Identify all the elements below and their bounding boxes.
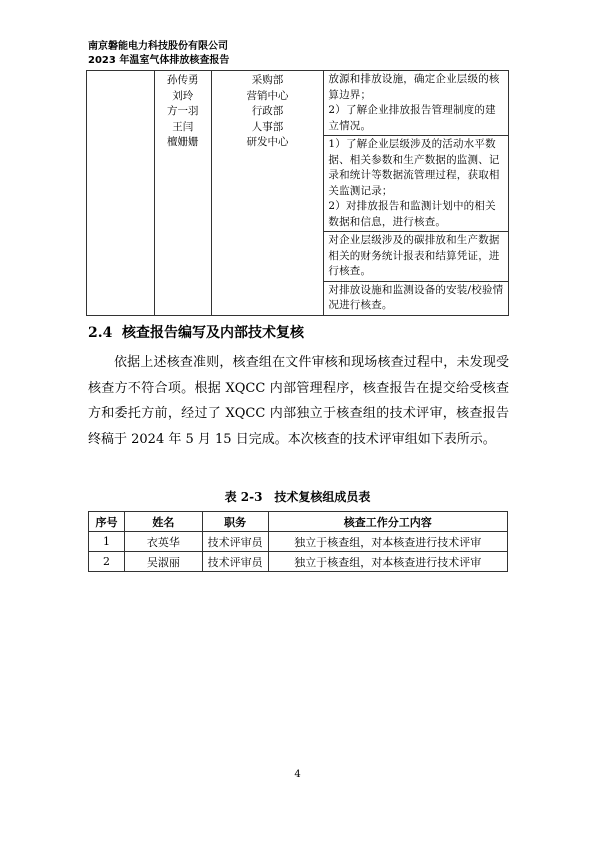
table-header-row: 序号 姓名 职务 核查工作分工内容: [89, 512, 508, 532]
table-cell: 技术评审员: [202, 552, 268, 572]
company-name: 南京磐能电力科技股份有限公司: [88, 40, 229, 54]
departments-cell: 采购部 营销中心 行政部 人事部 研发中心: [211, 71, 324, 316]
table-cell: 衣英华: [124, 532, 202, 552]
page-number: 4: [0, 769, 595, 780]
team-names-cell: 孙传勇 刘玲 方一羽 王闫 檀姗姗: [154, 71, 211, 316]
table-cell: 技术评审员: [202, 532, 268, 552]
table-cell: 独立于核查组，对本核查进行技术评审: [268, 532, 507, 552]
verification-team-table-continued: 孙传勇 刘玲 方一羽 王闫 檀姗姗 采购部 营销中心 行政部 人事部 研发中心 …: [86, 70, 509, 316]
body-paragraph: 依据上述核查准则，核查组在文件审核和现场核查过程中，未发现受核查方不符合项。根据…: [88, 350, 509, 452]
table-caption: 表 2-3 技术复核组成员表: [0, 488, 595, 505]
team-member-name: 王闫: [155, 120, 211, 136]
task-cell: 对企业层级涉及的碳排放和生产数据相关的财务统计报表和结算凭证，进行核查。: [324, 232, 509, 282]
column-header: 姓名: [124, 512, 202, 532]
table-cell: 吴淑丽: [124, 552, 202, 572]
technical-review-table: 序号 姓名 职务 核查工作分工内容 1 衣英华 技术评审员 独立于核查组，对本核…: [88, 511, 508, 572]
task-cell: 1）了解企业层级涉及的活动水平数据、相关参数和生产数据的监测、记录和统计等数据流…: [324, 136, 509, 232]
team-member-name: 刘玲: [155, 89, 211, 105]
section-title: 核查报告编写及内部技术复核: [122, 325, 304, 341]
section-number: 2.4: [88, 325, 122, 341]
task-cell: 放源和排放设施，确定企业层级的核算边界； 2）了解企业排放报告管理制度的建立情况…: [324, 71, 509, 136]
table-row: 1 衣英华 技术评审员 独立于核查组，对本核查进行技术评审: [89, 532, 508, 552]
team-member-name: 方一羽: [155, 104, 211, 120]
team-member-name: 檀姗姗: [155, 135, 211, 151]
department-name: 采购部: [212, 73, 324, 89]
table-row: 2 吴淑丽 技术评审员 独立于核查组，对本核查进行技术评审: [89, 552, 508, 572]
table-cell: 独立于核查组，对本核查进行技术评审: [268, 552, 507, 572]
column-header: 序号: [89, 512, 125, 532]
department-name: 行政部: [212, 104, 324, 120]
department-name: 营销中心: [212, 89, 324, 105]
report-title: 2023 年温室气体排放核查报告: [88, 54, 229, 68]
page-header: 南京磐能电力科技股份有限公司 2023 年温室气体排放核查报告: [88, 40, 229, 68]
section-heading: 2.4核查报告编写及内部技术复核: [88, 322, 304, 342]
table-cell-empty: [87, 71, 155, 316]
column-header: 职务: [202, 512, 268, 532]
department-name: 研发中心: [212, 135, 324, 151]
table-cell: 1: [89, 532, 125, 552]
department-name: 人事部: [212, 120, 324, 136]
task-cell: 对排放设施和监测设备的安装/校验情况进行核查。: [324, 281, 509, 315]
team-member-name: 孙传勇: [155, 73, 211, 89]
column-header: 核查工作分工内容: [268, 512, 507, 532]
table-cell: 2: [89, 552, 125, 572]
table-row: 孙传勇 刘玲 方一羽 王闫 檀姗姗 采购部 营销中心 行政部 人事部 研发中心 …: [87, 71, 509, 136]
